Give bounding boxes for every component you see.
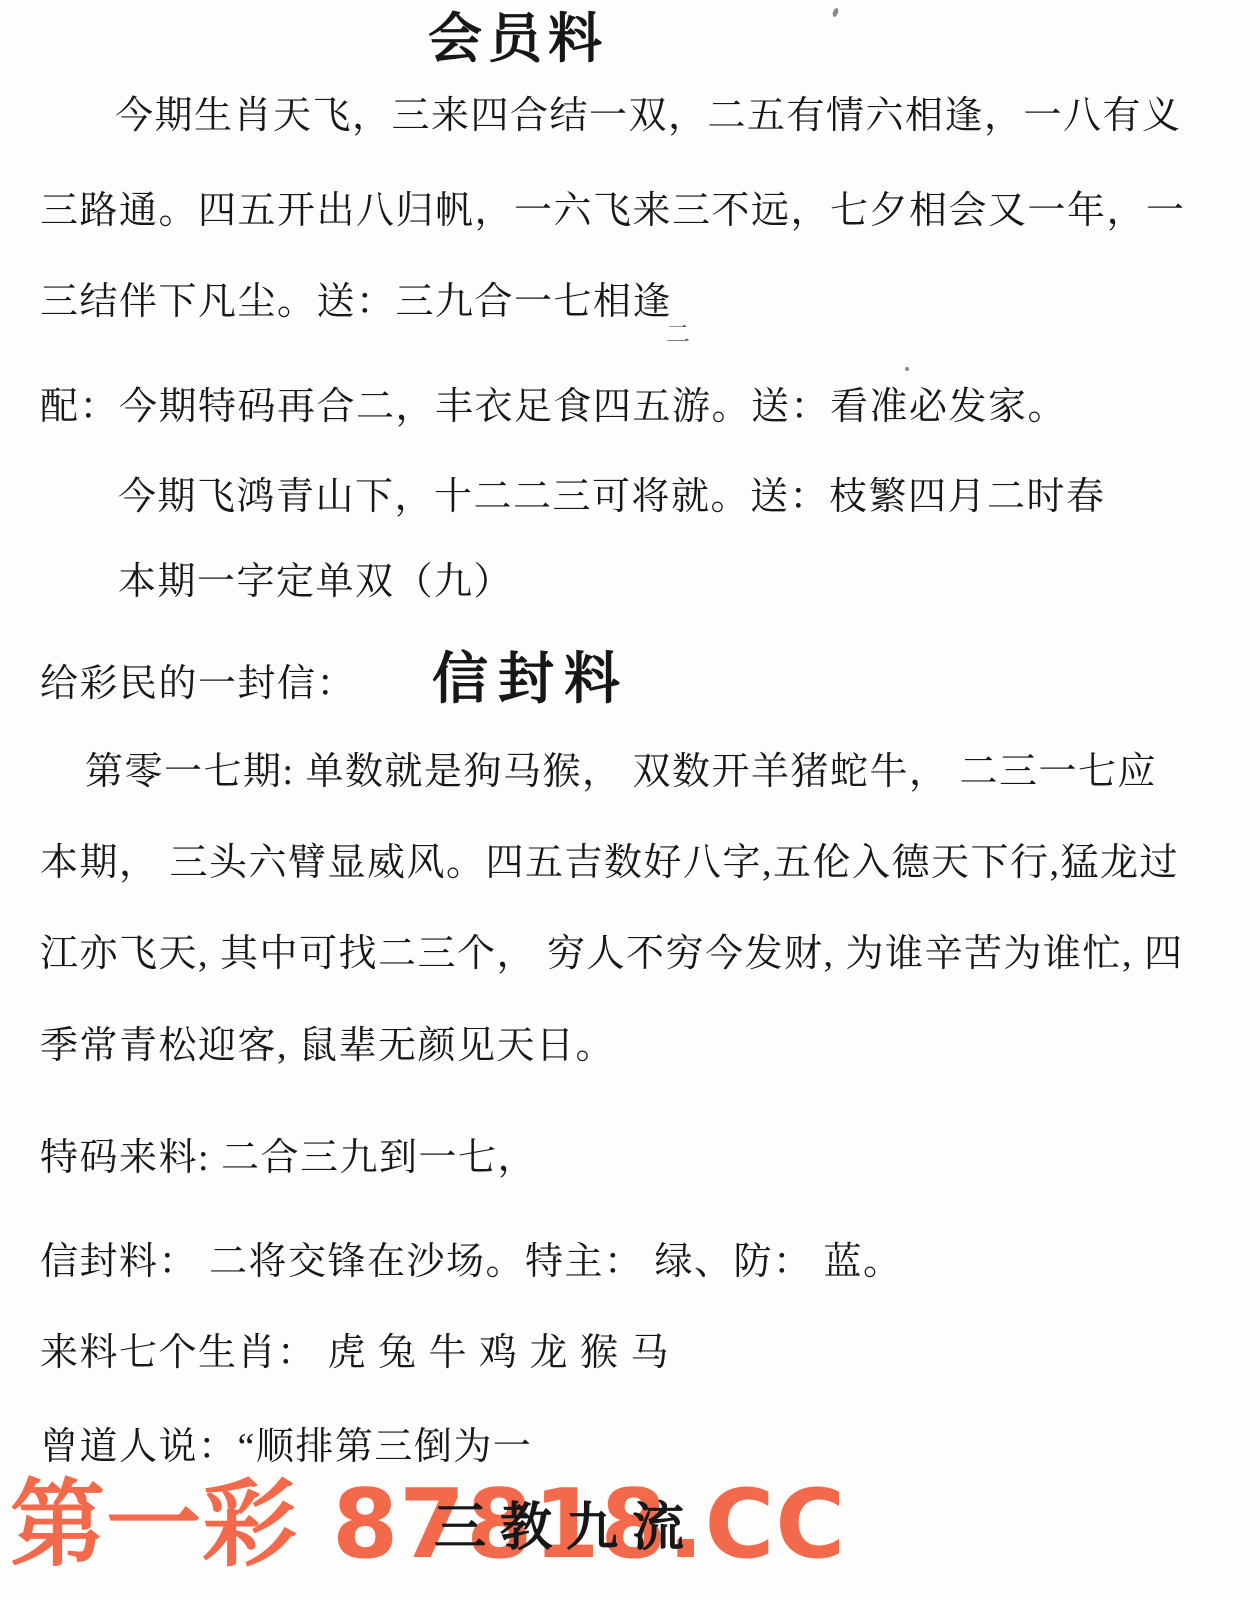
letter-line-1: 第零一七期: 单数就是狗马猴， 双数开羊猪蛇牛， 二三一七应 <box>85 751 1157 795</box>
xinfeng-line: 信封料： 二将交锋在沙场。特主： 绿、防： 蓝。 <box>40 1241 903 1285</box>
scan-artifact <box>832 7 840 17</box>
benqi-line: 本期一字定单双（九） <box>118 561 513 605</box>
letter-line-3: 江亦飞天, 其中可找二三个， 穷人不穷今发财, 为谁辛苦为谁忙, 四 <box>40 933 1184 977</box>
letter-line-4: 季常青松迎客, 鼠辈无颜见天日。 <box>40 1025 615 1069</box>
member-paragraph-line-3: 三结伴下凡尘。送：三九合一七相逢 <box>40 281 672 325</box>
scan-artifact <box>905 367 909 371</box>
bottom-section-title: 三教九流 <box>434 1500 698 1557</box>
envelope-intro-label: 给彩民的一封信： <box>40 663 356 707</box>
scanned-tip-sheet: 会员料 今期生肖天飞，三来四合结一双，二五有情六相逢，一八有义 三路通。四五开出… <box>0 0 1260 1600</box>
letter-line-2: 本期， 三头六臂显威风。四五吉数好八字,五伦入德天下行,猛龙过 <box>40 842 1179 886</box>
zengdao-line: 曾道人说：“顺排第三倒为一 <box>40 1426 532 1470</box>
feihong-line: 今期飞鸿青山下，十二二三可将就。送：枝繁四月二时春 <box>118 476 1106 520</box>
tema-line: 特码来料: 二合三九到一七， <box>40 1137 537 1181</box>
site-watermark: 第一彩 87818.CC <box>10 1476 846 1576</box>
zodiac-line: 来料七个生肖： 虎 兔 牛 鸡 龙 猴 马 <box>40 1332 670 1376</box>
member-paragraph-line-2: 三路通。四五开出八归帆，一六飞来三不远，七夕相会又一年，一 <box>40 190 1186 234</box>
pei-line: 配：今期特码再合二，丰衣足食四五游。送：看准必发家。 <box>40 386 1067 430</box>
envelope-section-title: 信封料 <box>432 650 630 712</box>
small-annotation-mark: 二 <box>666 323 690 347</box>
member-paragraph-line-1: 今期生肖天飞，三来四合结一双，二五有情六相逢，一八有义 <box>115 95 1182 139</box>
member-section-title: 会员料 <box>428 10 608 69</box>
